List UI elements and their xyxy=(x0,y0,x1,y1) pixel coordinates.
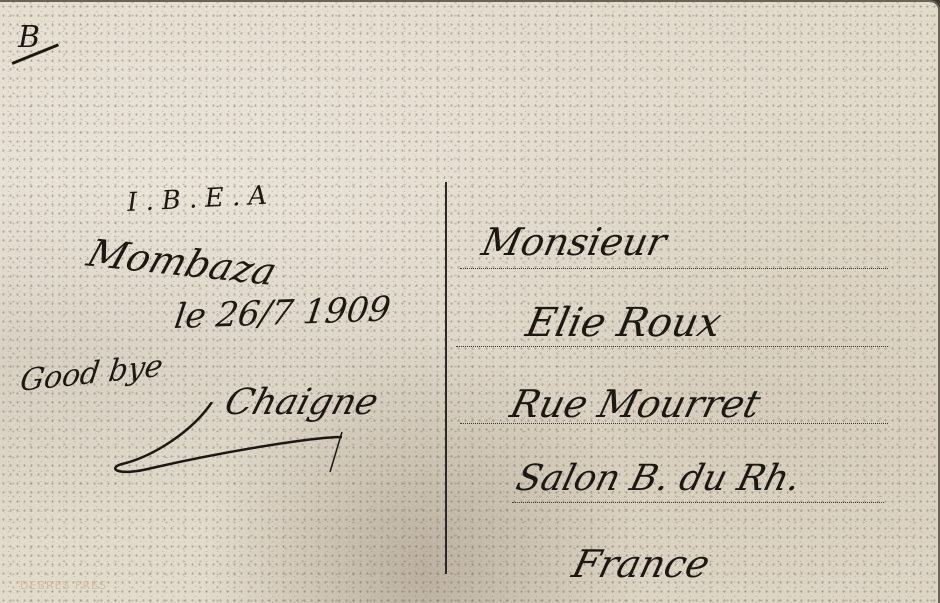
message-date: le 26/7 1909 xyxy=(172,289,393,337)
address-salutation: Monsieur xyxy=(478,220,670,264)
address-line-4 xyxy=(512,502,884,503)
message-place: Mombaza xyxy=(82,231,282,293)
signature-flourish xyxy=(112,402,412,482)
address-line-2 xyxy=(456,346,888,347)
address-name: Elie Roux xyxy=(522,300,725,346)
corner-code: B xyxy=(18,20,40,55)
message-greeting: Good bye xyxy=(18,348,165,399)
postcard-back: B I.B.E.A Mombaza le 26/7 1909 Good bye … xyxy=(0,0,940,603)
printer-mark: DEBRES FRÈS xyxy=(20,579,107,592)
address-city: Salon B. du Rh. xyxy=(512,458,805,499)
address-country: France xyxy=(568,542,714,586)
center-divider xyxy=(445,182,447,574)
address-line-1 xyxy=(460,268,888,269)
address-street: Rue Mourret xyxy=(506,382,765,426)
paper-texture xyxy=(0,2,938,603)
message-organization: I.B.E.A xyxy=(126,180,275,218)
